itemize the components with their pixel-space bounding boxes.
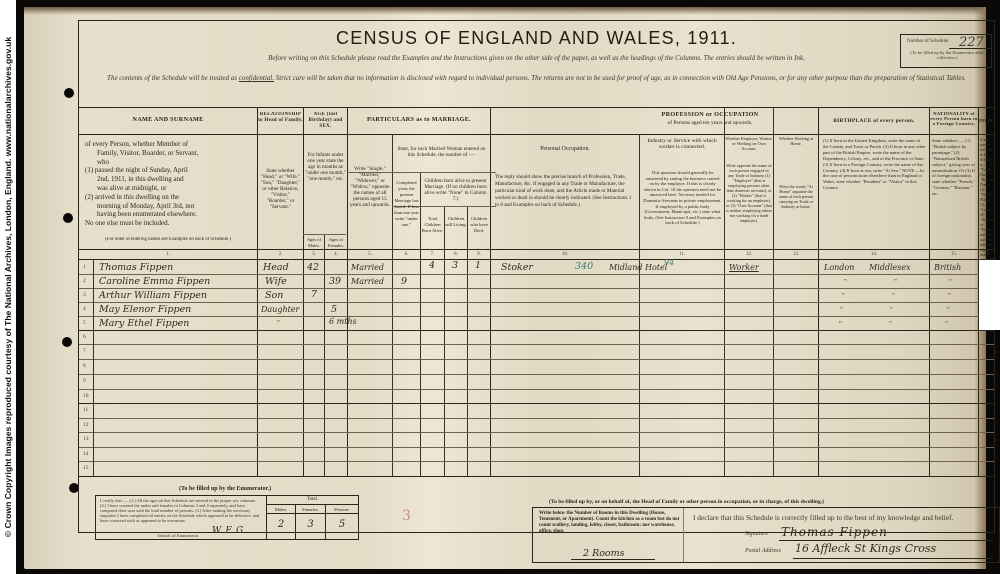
row-rule (79, 344, 994, 345)
name-instr-line: (1) passed the night of Sunday, April (85, 166, 188, 174)
divider (257, 108, 258, 476)
divider (303, 108, 304, 476)
header-rule (303, 234, 346, 235)
row-number: 13 (83, 436, 89, 442)
divider (724, 108, 725, 476)
ditto-mark: " (894, 278, 897, 286)
relationship: Head (263, 262, 289, 273)
signature-label: Signature (745, 531, 768, 537)
column-number: 3. (304, 252, 324, 257)
rooms-line (571, 559, 655, 560)
row-rule (79, 302, 994, 303)
column-header-name: NAME AND SURNAME (79, 117, 257, 123)
divider (929, 108, 930, 476)
row-rule (79, 418, 994, 419)
ditto-mark: " (892, 292, 895, 300)
occupation-code: 340 (575, 261, 593, 272)
column-number: 16. (979, 252, 996, 257)
divider (818, 108, 819, 476)
copyright-text: © Crown Copyright Images reproduced cour… (3, 37, 13, 537)
column-number: 14. (819, 252, 929, 257)
employer-header: Whether Employer, Worker, or Working on … (725, 136, 773, 151)
nationality-instructions: State whether :— (1) "British subject by… (932, 138, 977, 197)
column-header-relationship: RELATIONSHIP to Head of Family. (258, 112, 303, 124)
schedule-frame: CENSUS OF ENGLAND AND WALES, 1911. Befor… (78, 20, 995, 533)
personal-occupation-header: Personal Occupation. (491, 146, 639, 152)
divider (347, 108, 348, 476)
name-instr-line: Family, Visitor, Boarder, or Servant, (85, 149, 255, 158)
declaration-text: I declare that this Schedule is correctl… (693, 513, 953, 522)
column-number: 5. (348, 252, 392, 257)
name-column-instructions: of every Person, whether Member of Famil… (85, 140, 255, 228)
age-female: 6 mths (329, 317, 357, 326)
column-number: 4. (325, 252, 347, 257)
redaction-patch (979, 260, 1000, 330)
row-number: 8 (83, 363, 86, 369)
totals-persons: Persons. 5 (325, 505, 358, 539)
ditto-mark: " (889, 320, 892, 328)
age-male: 7 (311, 289, 317, 300)
home-header: Whether Working at Home. (774, 136, 818, 146)
column-header-nationality: NATIONALITY of every Person born in a Fo… (930, 111, 978, 127)
rooms-count: 2 Rooms (583, 548, 625, 559)
row-number: 15 (83, 465, 89, 471)
column-number: 7. (421, 252, 444, 257)
ditto-mark: " (945, 320, 948, 328)
row-number: 1 (83, 264, 86, 270)
row-number: 11 (83, 407, 88, 413)
row-number-divider (93, 259, 94, 476)
divider (324, 234, 325, 476)
rooms-instructions: Write below the Number of Rooms in this … (539, 511, 681, 535)
row-rule (79, 374, 994, 375)
totals-persons-label: Persons. (326, 505, 358, 514)
birth-county: Middlesex (869, 263, 911, 272)
column-header-birthplace: BIRTHPLACE of every person. (819, 118, 929, 124)
totals-males-label: Males. (267, 505, 295, 514)
signature-line (779, 540, 993, 541)
column-number: 2. (258, 252, 303, 257)
industry-header: Industry or Service with which worker is… (641, 138, 723, 150)
name-instr-line: of every Person, whether Member of (85, 140, 188, 148)
ditto-mark: " (949, 278, 952, 286)
children-died: 1 (475, 260, 481, 271)
column-number: 6. (393, 252, 420, 257)
name-order-note: (For order of entering names see Example… (83, 237, 253, 243)
person-name: Caroline Emma Fippen (99, 276, 210, 287)
totals-females-label: Females. (296, 505, 325, 514)
birth-town: London (824, 263, 854, 272)
punch-hole-icon (64, 88, 74, 98)
column-number: 11. (640, 252, 724, 257)
name-instr-line: morning of Monday, April 3rd, not (85, 202, 255, 211)
marital-condition: Married (351, 263, 384, 272)
confidential-pre: The contents of the Schedule will be tre… (107, 74, 239, 82)
copyright-notice: © Crown Copyright Images reproduced cour… (0, 0, 16, 574)
marriage-years-instructions: Completed years the present Marriage has… (393, 180, 420, 228)
relationship: Son (265, 290, 283, 301)
children-instructions: Children born alive to present Marriage.… (422, 178, 489, 202)
instruction-text: Before writing on this Schedule please r… (79, 54, 994, 62)
personal-occupation-instructions: The reply should show the precise branch… (495, 174, 635, 209)
divider (467, 206, 468, 476)
punch-hole-icon (63, 213, 73, 223)
row-number: 2 (83, 278, 86, 284)
name-instr-line: 2nd, 1911, in this dwelling and (85, 175, 255, 184)
industry-code: 94 (664, 258, 674, 267)
person-name: Thomas Fippen (99, 262, 173, 273)
name-instr-line: who (85, 158, 255, 167)
row-rule (79, 461, 994, 462)
enumerator-initials-label: Initials of Enumerator. (158, 533, 199, 538)
person-name: Mary Ethel Fippen (99, 318, 189, 329)
employer-instructions: Write opposite the name of each person e… (726, 163, 772, 223)
home-instructions: Write the words "At Home" opposite the n… (775, 184, 817, 209)
row-rule (79, 389, 994, 390)
age-instructions: For Infants under one year state the age… (305, 152, 346, 182)
row-rule (79, 403, 994, 404)
divider (444, 206, 445, 476)
name-instr-line: was alive at midnight, or (85, 184, 255, 193)
header-rule (79, 259, 994, 260)
column-header-marriage: PARTICULARS as to MARRIAGE. (348, 117, 490, 123)
header-rule (79, 134, 994, 135)
marital-condition: Married (351, 277, 384, 286)
age-male: 42 (307, 262, 319, 273)
employment-status: Worker (729, 263, 759, 272)
totals-females-value: 3 (296, 519, 325, 530)
divider (490, 108, 491, 476)
signature: Thomas Fippen (781, 525, 888, 539)
name-instr-line: having been enumerated elsewhere. (85, 210, 255, 219)
row-number: 10 (83, 393, 89, 399)
confidential-word: confidential. (239, 74, 274, 82)
head-of-family-caption: (To be filled up by, or on behalf of, th… (549, 499, 824, 505)
column-number: 15. (930, 252, 978, 257)
age-females-header: Ages of Females. (325, 237, 347, 249)
enumerator-initials: W. F. G. (212, 526, 246, 536)
nationality: British (934, 263, 961, 272)
postal-address: 16 Affleck St Kings Cross (795, 542, 936, 555)
ditto-mark: " (842, 292, 845, 300)
column-number: 13. (774, 252, 818, 257)
children-living-header: Children still Living. (445, 216, 467, 228)
birthplace-instructions: (1) If born in the United Kingdom, write… (823, 138, 927, 191)
confidential-post: Strict care will be taken that no inform… (274, 74, 966, 82)
relationship-instructions: State whether "Head," or "Wife," "Son," … (260, 168, 301, 210)
ditto-mark: " (277, 319, 280, 327)
schedule-number-line (949, 48, 991, 49)
totals-title: Total. (267, 497, 358, 505)
column-number: 8. (445, 252, 467, 257)
person-name: Arthur William Fippen (99, 290, 207, 301)
enumerator-caption: (To be filled up by the Enumerator.) (179, 486, 271, 492)
children-total: 4 (429, 260, 435, 271)
census-schedule-page: CENSUS OF ENGLAND AND WALES, 1911. Befor… (24, 7, 986, 569)
column-number: 12. (725, 252, 773, 257)
industry: Midland Hotel (609, 263, 667, 272)
divider (639, 134, 640, 476)
row-rule (79, 330, 994, 331)
row-number: 4 (83, 306, 86, 312)
relationship: Wife (265, 276, 287, 287)
row-number: 14 (83, 451, 89, 457)
totals-persons-value: 5 (326, 519, 358, 530)
schedule-number-box: Number of Schedule 227 (To be filled up … (900, 34, 992, 68)
row-rule (79, 316, 994, 317)
divider (773, 108, 774, 476)
ditto-mark: " (840, 306, 843, 314)
household-table: NAME AND SURNAME of every Person, whethe… (79, 107, 994, 477)
page-title: CENSUS OF ENGLAND AND WALES, 1911. (79, 28, 994, 49)
column-number: 9. (468, 252, 490, 257)
confidentiality-notice: The contents of the Schedule will be tre… (89, 73, 984, 84)
row-rule (79, 274, 994, 275)
children-total-header: Total Children Born Alive. (421, 216, 444, 234)
red-pencil-mark: 3 (402, 508, 411, 524)
ditto-mark: " (844, 278, 847, 286)
enumerator-box: I certify that :— (1.) All the ages on t… (95, 495, 359, 540)
row-number: 12 (83, 422, 89, 428)
ditto-mark: " (839, 320, 842, 328)
schedule-number-note: (To be filled up by the Enumerator after… (907, 50, 987, 60)
children-living: 3 (452, 260, 458, 271)
totals-males: Males. 2 (267, 505, 295, 539)
occupation: Stoker (501, 262, 533, 273)
totals-females: Females. 3 (295, 505, 325, 539)
married-woman-instructions: State, for each Married Woman entered on… (395, 146, 488, 158)
name-instr-line: No one else must be included. (85, 219, 169, 227)
header-rule (79, 249, 994, 250)
address-line (793, 558, 993, 559)
punch-hole-icon (62, 337, 72, 347)
enumerator-totals: Total. Males. 2 Females. 3 Persons. 5 (266, 496, 358, 539)
age-female: 39 (329, 276, 341, 287)
person-name: May Elenor Fippen (99, 304, 191, 315)
age-female: 5 (331, 304, 337, 315)
age-males-header: Ages of Males. (304, 237, 324, 249)
row-rule (79, 432, 994, 433)
totals-males-value: 2 (267, 519, 295, 530)
enumerator-certification: I certify that :— (1.) All the ages on t… (100, 498, 260, 523)
column-number: 1. (79, 252, 257, 257)
head-of-family-box: Write below the Number of Rooms in this … (532, 507, 1000, 563)
marital-condition-instructions: Write "Single," "Married," "Widower," or… (349, 166, 391, 208)
column-number: 10. (491, 252, 639, 257)
column-header-age: AGE (last Birthday) and SEX. (304, 112, 347, 130)
row-number: 7 (83, 348, 86, 354)
marriage-years: 9 (401, 276, 407, 287)
row-rule (79, 288, 994, 289)
ditto-mark: " (890, 306, 893, 314)
row-number: 5 (83, 320, 86, 326)
relationship: Daughter (261, 305, 299, 314)
ditto-mark: " (947, 306, 950, 314)
industry-instructions: This question should generally be answer… (643, 170, 722, 226)
column-header-infirmity: INFIRMITY. (979, 118, 996, 124)
row-number: 3 (83, 292, 86, 298)
name-instr-line: (2) arrived in this dwelling on the (85, 193, 179, 201)
ditto-mark: " (948, 292, 951, 300)
row-number: 6 (83, 334, 86, 340)
row-number: 9 (83, 378, 86, 384)
postal-address-label: Postal Address (745, 548, 781, 554)
row-rule (79, 359, 994, 360)
children-died-header: Children who have Died. (468, 216, 490, 234)
row-rule (79, 447, 994, 448)
divider (683, 508, 684, 562)
